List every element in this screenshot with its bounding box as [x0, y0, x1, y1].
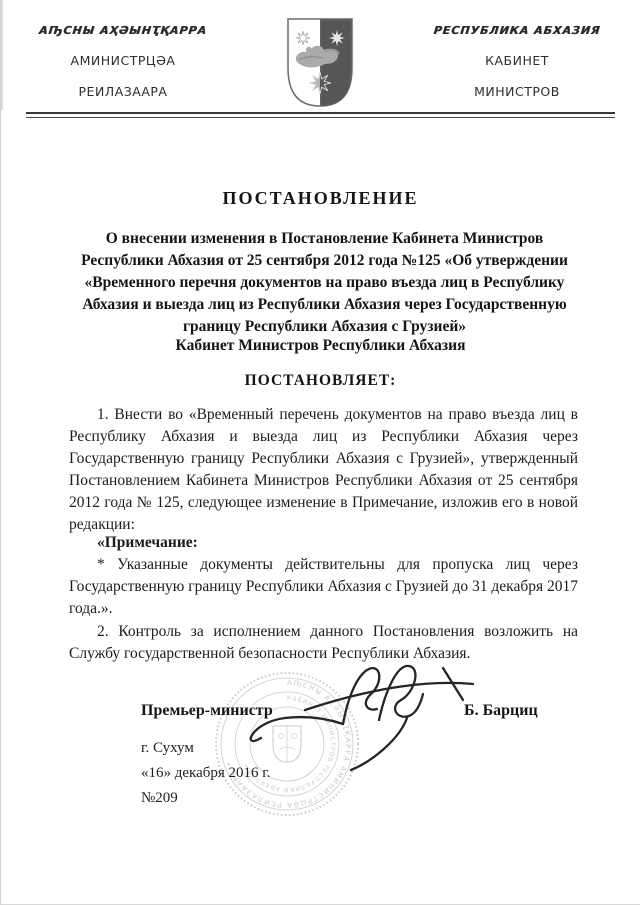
abkhazia-coat-of-arms-icon: [285, 16, 355, 115]
document-subject: О внесении изменения в Постановление Каб…: [79, 228, 570, 338]
header-double-rule: [26, 112, 615, 118]
header-left-block: АҦСНЫ АҲӘЫНҬҚАРРА АМИНИСТРЦӘА РЕИЛАЗААРА: [23, 24, 223, 99]
document-page: АҦСНЫ АҲӘЫНҬҚАРРА АМИНИСТРЦӘА РЕИЛАЗААРА: [0, 0, 640, 905]
note-title: «Примечание:: [69, 532, 578, 554]
header-left-line3: РЕИЛАЗААРА: [23, 84, 223, 99]
header-left-line1: АҦСНЫ АҲӘЫНҬҚАРРА: [22, 24, 223, 37]
handwritten-signature: [247, 656, 477, 783]
document-number: №209: [141, 790, 178, 807]
header-right-block: РЕСПУБЛИКА АБХАЗИЯ КАБИНЕТ МИНИСТРОВ: [422, 24, 612, 99]
header-left-line2: АМИНИСТРЦӘА: [23, 53, 223, 68]
signature-city: г. Сухум: [141, 740, 194, 757]
decree-word: ПОСТАНОВЛЯЕТ:: [1, 372, 640, 390]
header-right-line1: РЕСПУБЛИКА АБХАЗИЯ: [421, 24, 612, 37]
issuer-line: Кабинет Министров Республики Абхазия: [1, 337, 640, 355]
note-body: * Указанные документы действительны для …: [69, 554, 578, 620]
document-title: ПОСТАНОВЛЕНИЕ: [1, 188, 640, 209]
paragraph-1: 1. Внести во «Временный перечень докумен…: [69, 404, 578, 536]
header-right-line3: МИНИСТРОВ: [422, 84, 612, 99]
header-right-line2: КАБИНЕТ: [422, 53, 612, 68]
